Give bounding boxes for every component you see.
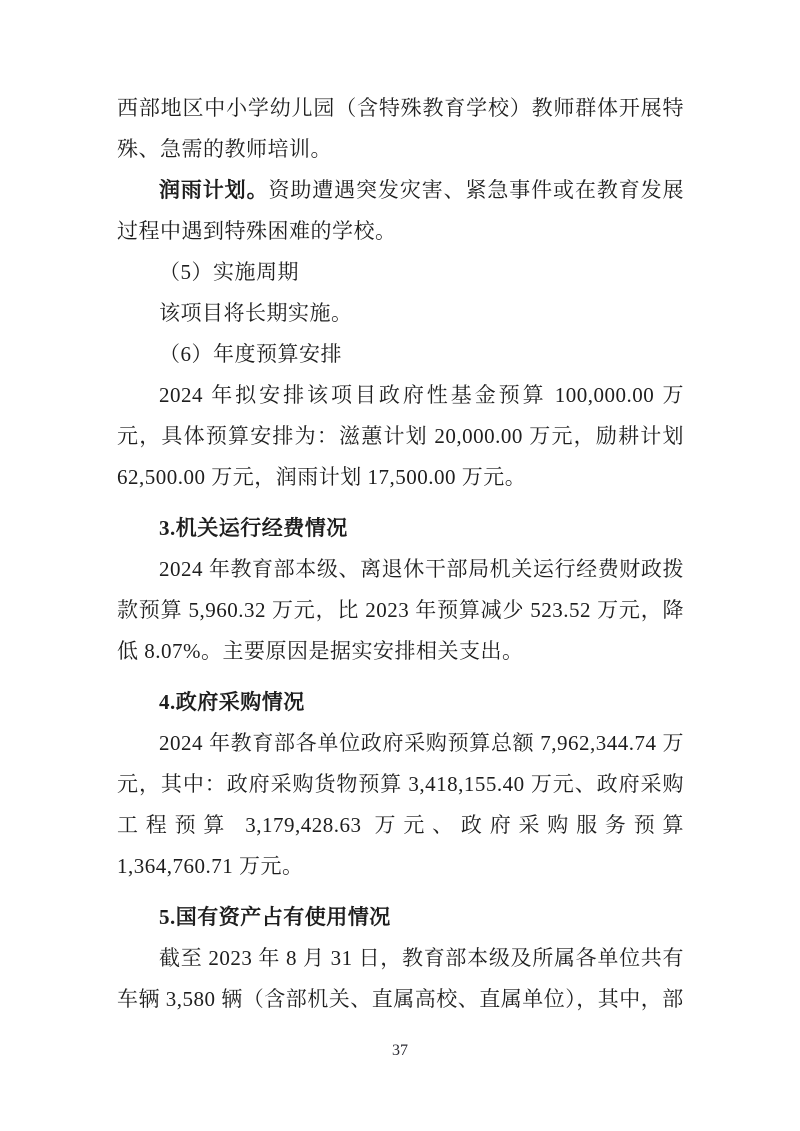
paragraph-runyu-plan: 润雨计划。资助遭遇突发灾害、紧急事件或在教育发展过程中遇到特殊困难的学校。 [117, 170, 684, 252]
item-6-annual-budget-heading: （6）年度预算安排 [117, 334, 684, 375]
section-4-body: 2024 年教育部各单位政府采购预算总额 7,962,344.74 万元，其中：… [117, 723, 684, 887]
document-page: 西部地区中小学幼儿园（含特殊教育学校）教师群体开展特殊、急需的教师培训。 润雨计… [0, 0, 800, 1131]
item-6-annual-budget-body: 2024 年拟安排该项目政府性基金预算 100,000.00 万元，具体预算安排… [117, 375, 684, 498]
section-5-heading: 5.国有资产占有使用情况 [117, 897, 684, 938]
item-5-implementation-period-heading: （5）实施周期 [117, 252, 684, 293]
document-content: 西部地区中小学幼儿园（含特殊教育学校）教师群体开展特殊、急需的教师培训。 润雨计… [117, 88, 684, 1020]
section-5-body: 截至 2023 年 8 月 31 日，教育部本级及所属各单位共有车辆 3,580… [117, 938, 684, 1020]
section-3-body: 2024 年教育部本级、离退休干部局机关运行经费财政拨款预算 5,960.32 … [117, 549, 684, 672]
section-3-heading: 3.机关运行经费情况 [117, 508, 684, 549]
item-5-implementation-period-body: 该项目将长期实施。 [117, 293, 684, 334]
section-4-heading: 4.政府采购情况 [117, 682, 684, 723]
paragraph-teacher-training-continuation: 西部地区中小学幼儿园（含特殊教育学校）教师群体开展特殊、急需的教师培训。 [117, 88, 684, 170]
runyu-plan-lead-label: 润雨计划。 [159, 178, 268, 202]
page-number: 37 [0, 1041, 800, 1061]
